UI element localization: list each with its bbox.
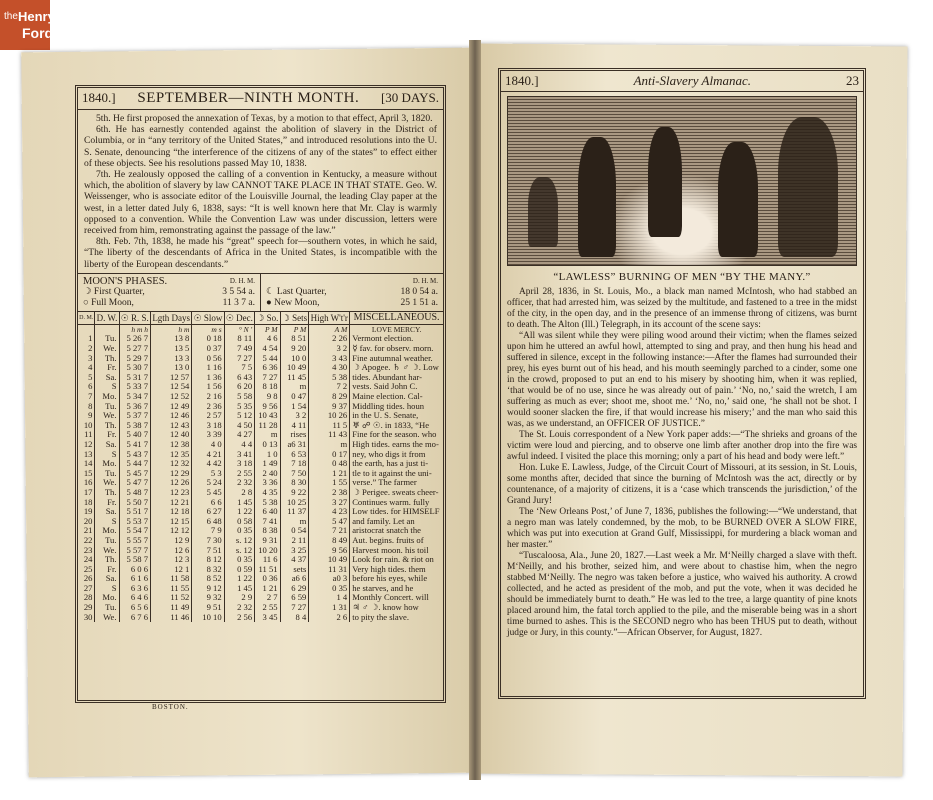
dhm-header: D. H. M. [230, 276, 255, 287]
col-day-of-month: D. M. [78, 312, 95, 325]
moon-phase-time: 3 5 54 a. [222, 287, 255, 298]
col-high-water: High W't'r [309, 312, 350, 325]
hour: 0 [412, 287, 417, 297]
col-sun-declination: ☉ Dec. [224, 312, 254, 325]
moon-phase-row: ○ Full Moon, 11 3 7 a. [83, 298, 255, 309]
hour: 3 [234, 298, 239, 308]
hour: 1 [412, 298, 417, 308]
calendar-cell: 6 [78, 382, 95, 392]
year-label: 1840.] [82, 90, 116, 106]
misc-note: verse.” The farmer [350, 478, 443, 488]
day: 25 [401, 298, 411, 308]
month-title: SEPTEMBER—NINTH MONTH. [137, 90, 359, 107]
almanac-title: Anti-Slavery Almanac. [634, 73, 751, 89]
year-label: 1840.] [505, 73, 539, 89]
paragraph: 5th. He first proposed the annexation of… [84, 113, 437, 124]
calendar-header-row: D. M. D. W. ☉ R. S. Lgth Days ☉ Slow ☉ D… [78, 312, 443, 325]
calendar-cell: We. [95, 613, 119, 623]
misc-note: Aut. begins. fruits of [350, 536, 443, 546]
moon-phases-title-row: D. H. M. [266, 276, 438, 287]
calendar-cell: 10 10 [192, 613, 224, 623]
clay-record-text: 5th. He first proposed the annexation of… [78, 110, 443, 273]
misc-note: Very high tides. them [350, 565, 443, 575]
moon-phases: MOON'S PHASES. D. H. M. ☽ First Quarter,… [78, 273, 443, 312]
imprint-boston: BOSTON. [152, 703, 189, 711]
phase-name: First Quarter, [94, 287, 145, 297]
calendar-cell: 6 7 6 [119, 613, 151, 623]
day: 11 [223, 298, 232, 308]
calendar-cell: 3 45 [255, 613, 280, 623]
moon-phase-label: ● New Moon, [266, 298, 320, 309]
misc-note: in the U. S. Senate, [350, 411, 443, 421]
article-text: April 28, 1836, in St. Louis, Mo., a bla… [501, 284, 863, 642]
misc-note: Maine election. Cal- [350, 392, 443, 402]
misc-note: the earth, has a just ti- [350, 459, 443, 469]
article-caption: “LAWLESS” BURNING OF MEN “BY THE MANY.” [501, 270, 863, 284]
col-moon-sets: ☽ Sets [280, 312, 309, 325]
paragraph: The ‘New Orleans Post,’ of June 7, 1836,… [507, 507, 857, 551]
col-miscellaneous: MISCELLANEOUS. [350, 312, 443, 325]
phase-name: Last Quarter, [277, 287, 327, 297]
moon-phases-left: MOON'S PHASES. D. H. M. ☽ First Quarter,… [78, 274, 260, 311]
first-quarter-icon: ☽ [83, 287, 92, 297]
misc-note: and family. Let an [350, 517, 443, 527]
misc-note: tides. Abundant har- [350, 373, 443, 383]
misc-note: High tides. earns the mo- [350, 440, 443, 450]
calendar-cell: 8 [78, 402, 95, 412]
paragraph: 7th. He zealously opposed the calling of… [84, 169, 437, 236]
misc-note: vests. Said John C. [350, 382, 443, 392]
misc-note: Fine autumnal weather. [350, 354, 443, 364]
phase-name: Full Moon, [91, 298, 134, 308]
last-quarter-icon: ☾ [266, 287, 275, 297]
paragraph: The St. Louis correspondent of a New Yor… [507, 430, 857, 463]
misc-note: Look for rain. & riot on [350, 555, 443, 565]
day: 3 [222, 287, 227, 297]
figure-silhouette [648, 127, 682, 237]
misc-note: ♃ ♂ ☽. know how [350, 603, 443, 613]
col-moon-south: ☽ So. [255, 312, 280, 325]
moon-phase-time: 25 1 51 a. [401, 298, 438, 309]
moon-phase-time: 11 3 7 a. [223, 298, 255, 309]
unit [78, 324, 95, 334]
phase-name: New Moon, [274, 298, 319, 308]
misc-note: ♅ ☍ ☉. in 1833, “He [350, 421, 443, 431]
open-almanac: 1840.] SEPTEMBER—NINTH MONTH. [30 DAYS. … [20, 40, 910, 780]
calendar-cell: 2 6 [309, 613, 350, 623]
col-day-of-week: D. W. [95, 312, 119, 325]
calendar-cell: 11 46 [151, 613, 192, 623]
logo-henry: Henry [18, 10, 55, 23]
paragraph: “Tuscaloosa, Ala., June 20, 1827.—Last w… [507, 551, 857, 639]
misc-note: he starves, and he [350, 584, 443, 594]
logo-ford: Ford [22, 26, 53, 40]
moon-phases-title: MOON'S PHASES. [83, 276, 167, 287]
right-page-header: 1840.] Anti-Slavery Almanac. 23 [501, 71, 863, 92]
days-label: [30 DAYS. [381, 90, 439, 106]
moon-phase-row: ● New Moon, 25 1 51 a. [266, 298, 438, 309]
minute: 7 a. [241, 298, 255, 308]
figure-silhouette [578, 137, 616, 257]
paragraph: 8th. Feb. 7th, 1838, he made his “great”… [84, 236, 437, 270]
moon-phase-row: ☾ Last Quarter, 18 0 54 a. [266, 287, 438, 298]
new-moon-icon: ● [266, 298, 272, 308]
moon-phase-row: ☽ First Quarter, 3 5 54 a. [83, 287, 255, 298]
moon-phase-label: ☾ Last Quarter, [266, 287, 327, 298]
calendar-cell: 4 [78, 363, 95, 373]
calendar-cell: 30 [78, 613, 95, 623]
left-page-header: 1840.] SEPTEMBER—NINTH MONTH. [30 DAYS. [78, 88, 443, 110]
calendar-table: D. M. D. W. ☉ R. S. Lgth Days ☉ Slow ☉ D… [78, 312, 443, 622]
minute: 51 a. [420, 298, 438, 308]
misc-note: ☽ Apogee. ♄ ♂ ☽. Low [350, 363, 443, 373]
calendar-cell: 2 [78, 344, 95, 354]
day: 18 [401, 287, 411, 297]
paragraph: Hon. Luke E. Lawless, Judge, of the Circ… [507, 463, 857, 507]
misc-note: Monthly Concert. will [350, 593, 443, 603]
minute: 54 a. [420, 287, 438, 297]
book-spine [469, 40, 481, 780]
hour: 5 [229, 287, 234, 297]
paragraph: 6th. He has earnestly contended against … [84, 124, 437, 169]
figure-silhouette [718, 142, 758, 257]
misc-note: Fine for the season. who [350, 430, 443, 440]
calendar-cell: 3 [78, 354, 95, 364]
right-page-frame: 1840.] Anti-Slavery Almanac. 23 “LAWLESS… [498, 68, 866, 699]
moon-phase-label: ○ Full Moon, [83, 298, 134, 309]
misc-note: Vermont election. [350, 334, 443, 344]
misc-note: ☽ Perigee. sweats cheer- [350, 488, 443, 498]
calendar-cell: 7 [78, 392, 95, 402]
moon-phase-label: ☽ First Quarter, [83, 287, 145, 298]
minute: 54 a. [237, 287, 255, 297]
paragraph: April 28, 1836, in St. Louis, Mo., a bla… [507, 287, 857, 331]
calendar-row: 30We.6 7 611 4610 102 563 458 42 6to pit… [78, 613, 443, 623]
misc-note: Harvest moon. his toil [350, 546, 443, 556]
figure-silhouette [528, 177, 558, 247]
moon-phase-time: 18 0 54 a. [401, 287, 438, 298]
moon-phases-right: D. H. M. ☾ Last Quarter, 18 0 54 a. ● Ne… [260, 274, 443, 311]
col-sunrise-sunset: ☉ R. S. [119, 312, 151, 325]
misc-note: tle to it against the uni- [350, 469, 443, 479]
logo-the: the [4, 12, 18, 22]
left-page-frame: 1840.] SEPTEMBER—NINTH MONTH. [30 DAYS. … [75, 85, 446, 703]
misc-note: aristocrat snatch the [350, 526, 443, 536]
misc-note: Middling tides. houn [350, 402, 443, 412]
misc-note: ney, who digs it from [350, 450, 443, 460]
calendar-cell: 1 [78, 334, 95, 344]
misc-note: to pity the slave. [350, 613, 443, 623]
full-moon-icon: ○ [83, 298, 89, 308]
calendar-cell: 8 4 [280, 613, 309, 623]
misc-note: Low tides. for HIMSELF [350, 507, 443, 517]
calendar-cell: 2 56 [224, 613, 254, 623]
col-sun-slow: ☉ Slow [192, 312, 224, 325]
dhm-header: D. H. M. [413, 276, 438, 287]
misc-note: ☿ fav. for observ. morn. [350, 344, 443, 354]
woodcut-illustration[interactable] [507, 96, 857, 266]
crowd-silhouette [778, 117, 838, 257]
misc-heading: LOVE MERCY. [350, 324, 443, 334]
calendar-cell: 5 [78, 373, 95, 383]
paragraph: “All was silent while they were piling w… [507, 331, 857, 430]
misc-note: Continues warm. fully [350, 498, 443, 508]
misc-note: before his eyes, while [350, 574, 443, 584]
col-length-days: Lgth Days [151, 312, 192, 325]
page-number: 23 [846, 73, 859, 89]
moon-phases-title-row: MOON'S PHASES. D. H. M. [83, 276, 255, 287]
